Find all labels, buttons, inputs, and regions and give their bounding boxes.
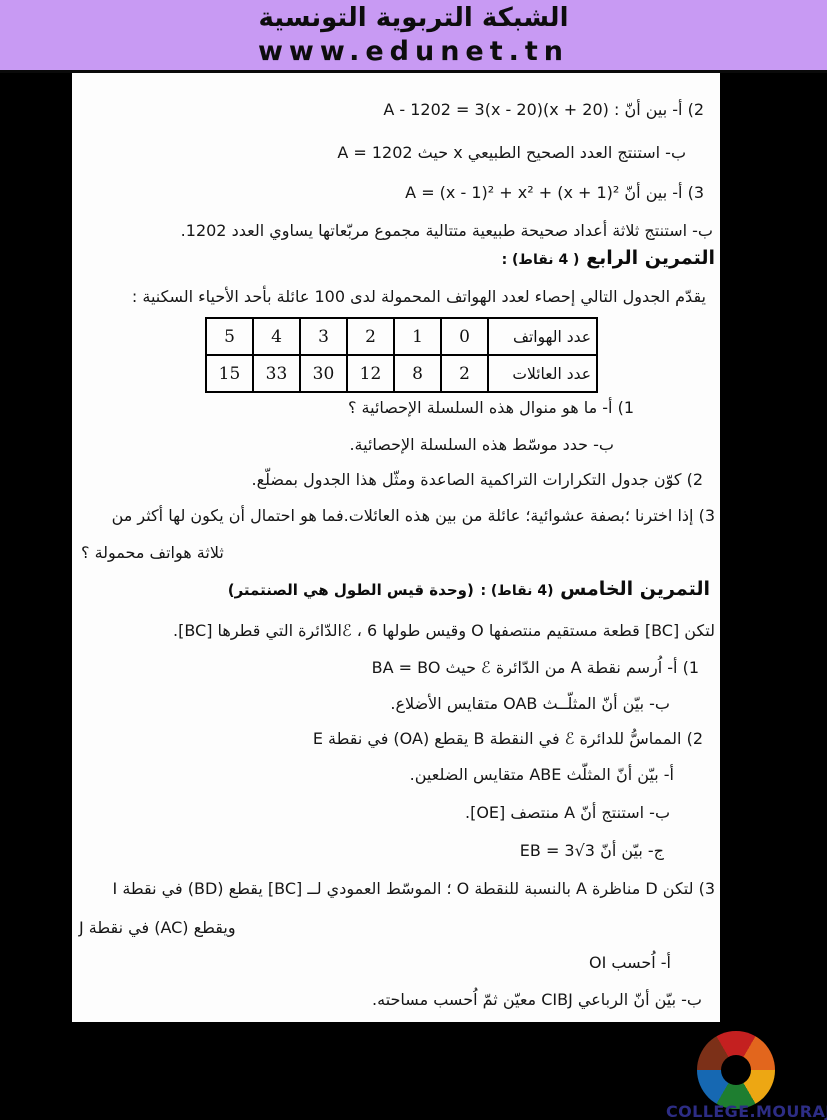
table-row-families: عدد العائلات 2 8 12 30 33 15 [206, 355, 597, 392]
line-ex5-q1b: ب- بيّن أنّ المثلّــث OAB متقايس الأضلاع… [390, 694, 670, 714]
phones-cell: 5 [206, 318, 253, 355]
line-ex4-q3-1: 3) إذا اخترنا ؛بصفة عشوائية؛ عائلة من بي… [112, 506, 715, 526]
line-ex5-q3a: أ- اُحسب OI [589, 953, 671, 973]
line-ex5-q1a: 1) أ- اُرسم نقطة A من الدّائرة ℰ حيث BA … [372, 658, 699, 678]
line-ex4-q1a: 1) أ- ما هو منوال هذه السلسلة الإحصائية … [348, 398, 634, 418]
edunet-url: www.edunet.tn [0, 35, 827, 68]
phones-cell: 1 [394, 318, 441, 355]
row-header-families: عدد العائلات [488, 355, 597, 392]
site-name: COLLEGE.MOURAJAA.COM [666, 1102, 827, 1120]
phones-cell: 3 [300, 318, 347, 355]
exercise4-points: ( 4 نقاط) : [502, 252, 580, 268]
line-ex4-q2: 2) كوّن جدول التكرارات التراكمية الصاعدة… [252, 470, 703, 490]
phones-cell: 0 [441, 318, 488, 355]
line-ex5-q3-1: 3) لتكن D مناظرة A بالنسبة للنقطة O ؛ ال… [113, 879, 715, 899]
phones-cell: 2 [347, 318, 394, 355]
line-ex4-q1b: ب- حدد موسّط هذه السلسلة الإحصائية. [349, 435, 614, 455]
families-cell: 12 [347, 355, 394, 392]
exercise5-heading: التمرين الخامس (4 نقاط) : (وحدة قيس الطو… [228, 579, 710, 601]
line-ex3-q2b: ب- استنتج العدد الصحيح الطبيعي x حيث A =… [337, 143, 686, 163]
line-ex4-q3-2: ثلاثة هواتف محمولة ؟ [81, 543, 224, 563]
line-ex5-q2: 2) المماسُّ للدائرة ℰ في النقطة B يقطع (… [313, 729, 703, 749]
header-banner: الشبكة التربوية التونسية www.edunet.tn [0, 0, 827, 73]
exercise5-note: (وحدة قيس الطول هي الصنتمتر) [228, 581, 474, 599]
line-ex5-q3-2: ويقطع (AC) في نقطة J [79, 918, 236, 938]
phones-table: عدد الهواتف 0 1 2 3 4 5 عدد العائلات 2 8… [205, 317, 598, 393]
exercise4-heading: التمرين الرابع ( 4 نقاط) : [502, 248, 715, 270]
row-header-phones: عدد الهواتف [488, 318, 597, 355]
line-ex5-q3b: ب- بيّن أنّ الرباعي CIBJ معيّن ثمّ اُحسب… [372, 990, 702, 1010]
exam-page: 2) أ- بين أنّ : A - 1202 = 3(x - 20)(x +… [72, 73, 720, 1022]
network-title: الشبكة التربوية التونسية [0, 1, 827, 35]
line-ex5-q2a: أ- بيّن أنّ المثلّث ABE متقايس الضلعين. [410, 765, 674, 785]
families-cell: 8 [394, 355, 441, 392]
families-cell: 2 [441, 355, 488, 392]
families-cell: 33 [253, 355, 300, 392]
line-ex4-intro: يقدّم الجدول التالي إحصاء لعدد الهواتف ا… [132, 287, 706, 307]
line-ex5-intro: لتكن [BC] قطعة مستقيم منتصفها O وقيس طول… [173, 621, 715, 641]
exercise4-title: التمرين الرابع [586, 247, 715, 269]
line-ex5-q2c: ج- بيّن أنّ EB = 3√3 [520, 841, 664, 861]
table-row-phones: عدد الهواتف 0 1 2 3 4 5 [206, 318, 597, 355]
families-cell: 15 [206, 355, 253, 392]
college-mourajaa-logo-icon [697, 1031, 775, 1109]
exercise5-points: (4 نقاط) : [480, 583, 553, 599]
exercise5-title: التمرين الخامس [560, 578, 710, 600]
line-ex3-q2a: 2) أ- بين أنّ : A - 1202 = 3(x - 20)(x +… [383, 100, 704, 120]
line-ex5-q2b: ب- استنتج أنّ A منتصف [OE]. [465, 803, 670, 823]
line-ex3-q3a: 3) أ- بين أنّ A = (x - 1)² + x² + (x + 1… [405, 183, 704, 203]
logo-center-hole [721, 1055, 751, 1085]
line-ex3-q3b: ب- استنتج ثلاثة أعداد صحيحة طبيعية متتال… [181, 221, 713, 241]
families-cell: 30 [300, 355, 347, 392]
phones-cell: 4 [253, 318, 300, 355]
